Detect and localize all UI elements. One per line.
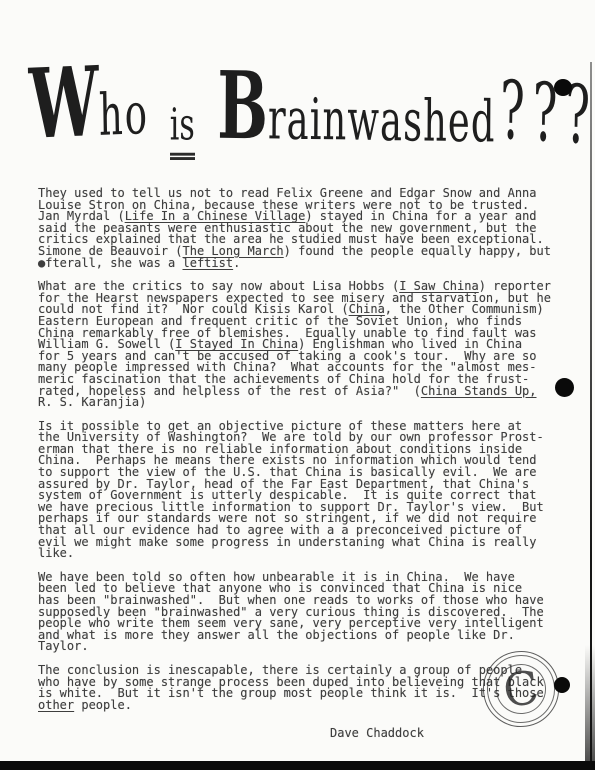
text-run: evil we might make some progress in unde… — [38, 535, 537, 549]
text-run: and what is more they answer all the obj… — [38, 628, 515, 642]
text-run: ●fterall, she was a — [38, 256, 183, 270]
scan-edge-shadow — [585, 645, 595, 770]
title-question-marks: ??? — [499, 63, 595, 163]
scanned-document-page: WhoisBrainwashed??? They used to tell us… — [0, 0, 595, 770]
text-run: ) found the people equally happy, but — [284, 244, 551, 258]
title-word-brainwashed: Brainwashed — [217, 53, 496, 165]
text-run: . — [233, 256, 240, 270]
stamp-letter: C — [479, 647, 563, 731]
text-line: evil we might make some progress in unde… — [38, 537, 568, 549]
hole-punch-dot — [554, 79, 572, 96]
underlined-text-run: China Stands Up, — [421, 384, 537, 398]
paragraph: Is it possible to get an objective pictu… — [38, 421, 568, 560]
text-line: and what is more they answer all the obj… — [38, 630, 568, 642]
title-word-who: Who — [28, 43, 150, 161]
text-line: ●fterall, she was a leftist. — [38, 258, 568, 270]
title-word-is: is — [170, 101, 195, 160]
underlined-text-run: other — [38, 698, 74, 712]
text-line: R. S. Karanjia) — [38, 397, 568, 409]
text-line: Taylor. — [38, 641, 568, 653]
hole-punch-dot — [555, 378, 574, 397]
scan-edge-bar — [0, 761, 595, 770]
text-line: like. — [38, 548, 568, 560]
embossed-c-stamp: C — [478, 646, 564, 732]
underlined-text-run: leftist — [183, 256, 234, 270]
hole-punch-dot — [554, 677, 570, 693]
text-run: R. S. Karanjia) — [38, 395, 146, 409]
text-run: Taylor. — [38, 639, 89, 653]
paragraph: They used to tell us not to read Felix G… — [38, 188, 568, 269]
text-run: like. — [38, 546, 74, 560]
text-run: people. — [74, 698, 132, 712]
paragraph: We have been told so often how unbearabl… — [38, 572, 568, 653]
signature: Dave Chaddock — [330, 726, 424, 740]
page-title: WhoisBrainwashed??? — [30, 88, 575, 161]
document-text: They used to tell us not to read Felix G… — [38, 188, 568, 723]
paragraph: What are the critics to say now about Li… — [38, 281, 568, 409]
